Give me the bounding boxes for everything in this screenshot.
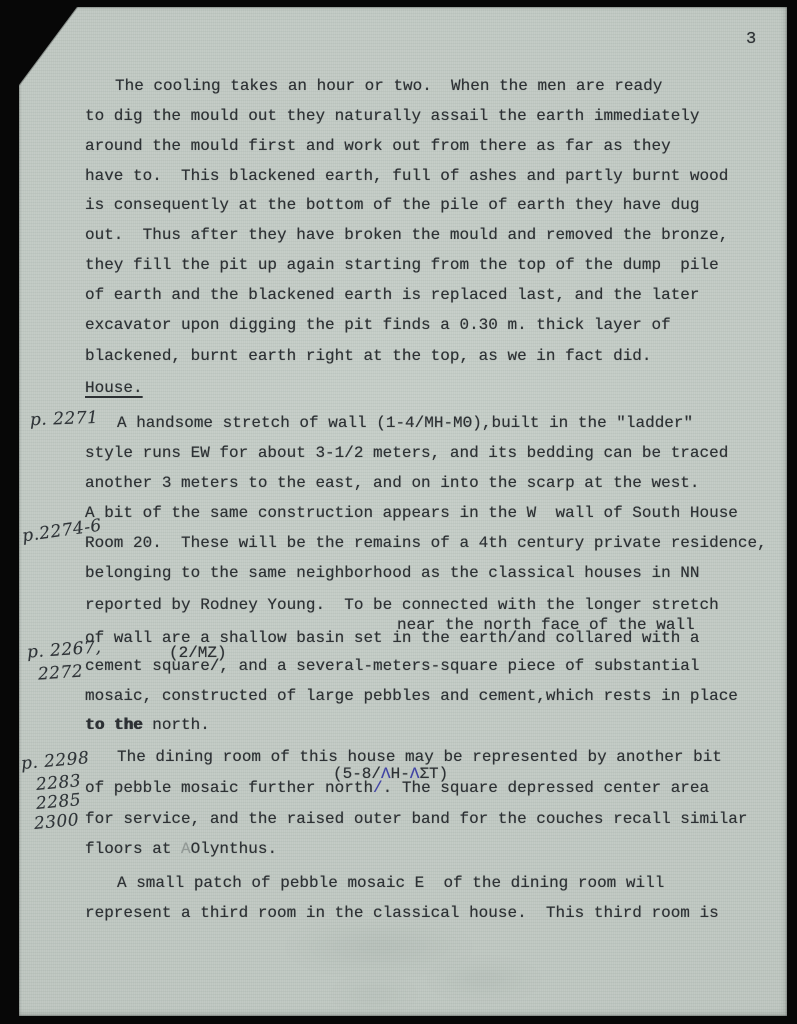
text-segment: of pebble mosaic further north — [85, 779, 373, 797]
typed-line: of pebble mosaic further north/. The squ… — [85, 780, 709, 797]
typed-line: The dining room of this house may be rep… — [117, 749, 722, 766]
ink-bleedthrough-smudge — [399, 952, 569, 1007]
typed-line: out. Thus after they have broken the mou… — [85, 227, 728, 244]
typed-line: of earth and the blackened earth is repl… — [85, 287, 700, 304]
typed-line: belonging to the same neighborhood as th… — [85, 565, 700, 582]
typed-line: Room 20. These will be the remains of a … — [85, 535, 767, 552]
typed-line: have to. This blackened earth, full of a… — [85, 168, 728, 185]
typed-line: excavator upon digging the pit finds a 0… — [85, 317, 671, 334]
text-segment: north. — [143, 716, 210, 734]
page-number: 3 — [746, 30, 756, 49]
typed-line: cement square/, and a several-meters-squ… — [85, 658, 700, 675]
typed-line: mosaic, constructed of large pebbles and… — [85, 688, 738, 705]
ink-bleedthrough-smudge — [309, 972, 439, 1017]
text-segment: A — [181, 840, 191, 858]
section-heading: House. — [85, 380, 143, 397]
typed-line: floors at AOlynthus. — [85, 841, 277, 858]
typed-line: reported by Rodney Young. To be connecte… — [85, 597, 719, 614]
typed-line: for service, and the raised outer band f… — [85, 811, 748, 828]
typed-line: A bit of the same construction appears i… — [85, 505, 738, 522]
text-segment: floors at — [85, 840, 181, 858]
typed-line: style runs EW for about 3-1/2 meters, an… — [85, 445, 728, 462]
typed-line: to the north. — [85, 717, 210, 734]
margin-note-handwritten: p. 2271 — [30, 409, 99, 430]
folded-corner — [19, 7, 99, 102]
typed-line: is consequently at the bottom of the pil… — [85, 197, 700, 214]
typed-line: they fill the pit up again starting from… — [85, 257, 719, 274]
text-segment: . The square depressed center area — [383, 779, 709, 797]
typed-line: A handsome stretch of wall (1-4/MH-MΘ),b… — [117, 415, 693, 432]
margin-note-handwritten: p. 2298 — [20, 749, 90, 774]
typed-line: to dig the mould out they naturally assa… — [85, 108, 700, 125]
paper-sheet: 3 The cooling takes an hour or two. When… — [19, 7, 787, 1016]
text-segment: to the — [85, 716, 143, 734]
margin-note-handwritten: 2272 — [37, 662, 83, 684]
typed-line: A small patch of pebble mosaic E of the … — [117, 875, 664, 892]
typed-line: around the mould first and work out from… — [85, 138, 671, 155]
typed-line: blackened, burnt earth right at the top,… — [85, 348, 652, 365]
scan-background: { "page": { "number": "3", "colors": { "… — [0, 0, 797, 1024]
typed-line: The cooling takes an hour or two. When t… — [115, 78, 662, 95]
text-segment: / — [373, 779, 383, 797]
margin-note-handwritten: 2300 — [33, 811, 80, 834]
text-segment: Olynthus. — [191, 840, 277, 858]
typed-line: another 3 meters to the east, and on int… — [85, 475, 700, 492]
typed-line: represent a third room in the classical … — [85, 905, 719, 922]
